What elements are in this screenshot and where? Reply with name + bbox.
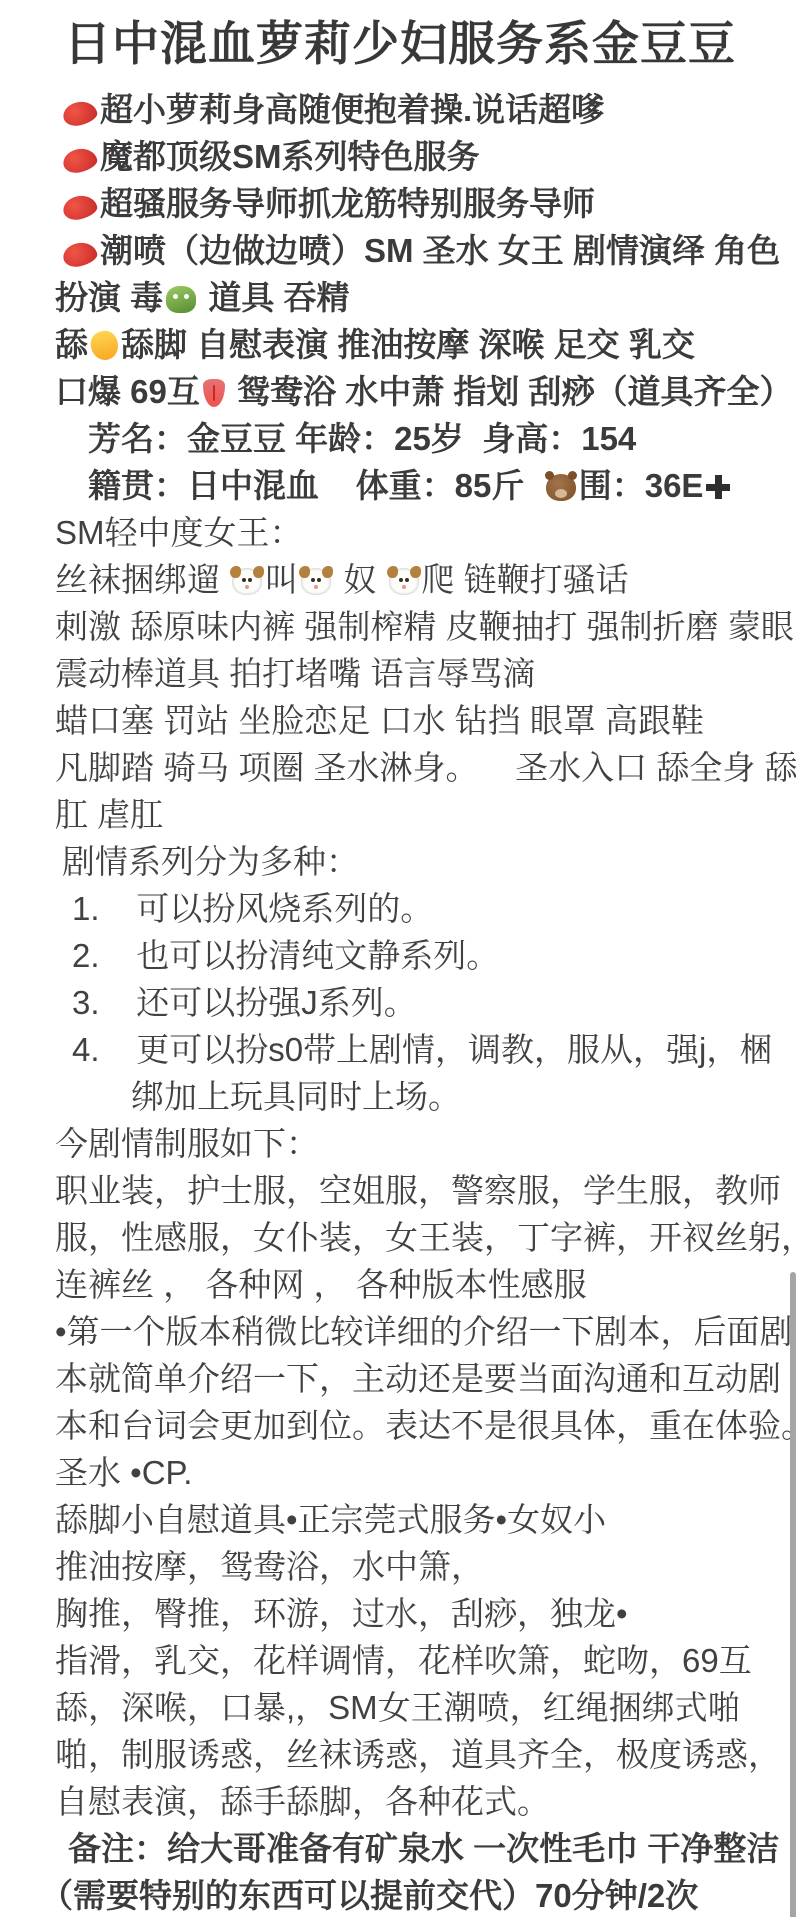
bear-emoji — [546, 474, 576, 501]
dog-emoji — [389, 568, 419, 595]
text-line: 籍贯：日中混血 体重：85斤 围：36E — [0, 462, 800, 509]
text-run: 围：36E — [579, 467, 704, 504]
text-run: 4. 更可以扮s0带上剧情，调教，服从，强j，梱 — [72, 1031, 772, 1068]
text-line: 1. 可以扮风烧系列的。 — [0, 885, 800, 932]
kiss-emoji — [61, 146, 99, 176]
text-run: 丝袜捆绑遛 — [55, 561, 229, 598]
plus-icon — [706, 475, 730, 499]
text-line: 剧情系列分为多种： — [0, 838, 800, 885]
text-run: 绑加上玩具同时上场。 — [131, 1078, 461, 1115]
text-line: 刺激 舔原味内裤 强制榨精 皮鞭抽打 强制折磨 蒙眼 — [0, 603, 800, 650]
text-run: 肛 虐肛 — [55, 796, 163, 833]
text-line: 指滑，乳交，花样调情，花样吹箫，蛇吻，69互 — [0, 1637, 800, 1684]
text-line: 芳名：金豆豆 年龄：25岁 身高：154 — [0, 415, 800, 462]
page-title: 日中混血萝莉少妇服务系金豆豆 — [0, 0, 800, 76]
text-line: 4. 更可以扮s0带上剧情，调教，服从，强j，梱 — [0, 1026, 800, 1073]
text-line: 备注：给大哥准备有矿泉水 一次性毛巾 干净整洁 — [0, 1825, 800, 1872]
text-line: 潮喷（边做边喷）SM 圣水 女王 剧情演绎 角色 — [0, 227, 800, 274]
tongue-emoji — [203, 379, 225, 407]
text-line: 本和台词会更加到位。表达不是很具体，重在体验。 — [0, 1402, 800, 1449]
waving-hand-emoji — [88, 328, 121, 363]
text-run: 鸳鸯浴 水中萧 指划 刮痧（道具齐全） — [228, 373, 793, 410]
dog-emoji — [301, 568, 331, 595]
text-run: 本就简单介绍一下，主动还是要当面沟通和互动剧 — [55, 1360, 781, 1397]
text-run: 3. 还可以扮强J系列。 — [72, 984, 417, 1021]
text-line: SM轻中度女王： — [0, 509, 800, 556]
kiss-emoji — [61, 99, 99, 129]
text-run: 超小萝莉身高随便抱着操.说话超嗲 — [100, 91, 604, 128]
text-run: 连裤丝 ， 各种网 ， 各种版本性感服 — [55, 1266, 587, 1303]
scrollbar-thumb[interactable] — [790, 1272, 796, 1917]
text-line: 3. 还可以扮强J系列。 — [0, 979, 800, 1026]
service-ad-page: 日中混血萝莉少妇服务系金豆豆 超小萝莉身高随便抱着操.说话超嗲魔都顶级SM系列特… — [0, 0, 800, 1917]
text-run: 推油按摩，鸳鸯浴，水中箫， — [55, 1548, 484, 1585]
text-run: 服，性感服，女仆装，女王装，丁字裤，开衩丝躬， — [55, 1219, 800, 1256]
text-line: 魔都顶级SM系列特色服务 — [0, 133, 800, 180]
text-run: 舔，深喉，口暴,，SM女王潮喷，红绳捆绑式啪 — [55, 1689, 741, 1726]
dragon-emoji — [166, 286, 196, 313]
text-run: 1. 可以扮风烧系列的。 — [72, 890, 433, 927]
text-run: 圣水 •CP. — [55, 1454, 192, 1491]
text-run: 舔 — [55, 326, 88, 363]
text-line: 圣水 •CP. — [0, 1449, 800, 1496]
text-line: 舔，深喉，口暴,，SM女王潮喷，红绳捆绑式啪 — [0, 1684, 800, 1731]
text-run: 舔脚小自慰道具•正宗莞式服务•女奴小 — [55, 1501, 606, 1538]
text-run: 啪，制服诱惑，丝袜诱惑，道具齐全，极度诱惑， — [55, 1736, 781, 1773]
text-line: 服，性感服，女仆装，女王装，丁字裤，开衩丝躬， — [0, 1214, 800, 1261]
text-line: 今剧情制服如下： — [0, 1120, 800, 1167]
text-line: 超小萝莉身高随便抱着操.说话超嗲 — [0, 86, 800, 133]
text-line: 舔舔脚 自慰表演 推油按摩 深喉 足交 乳交 — [0, 321, 800, 368]
text-run: 备注：给大哥准备有矿泉水 一次性毛巾 干净整洁 — [68, 1830, 779, 1867]
text-run: 道具 吞精 — [199, 279, 349, 316]
text-run: 刺激 舔原味内裤 强制榨精 皮鞭抽打 强制折磨 蒙眼 — [55, 608, 794, 645]
text-run: 奴 — [334, 561, 385, 598]
text-run: 指滑，乳交，花样调情，花样吹箫，蛇吻，69互 — [55, 1642, 752, 1679]
text-line: 蜡口塞 罚站 坐脸恋足 口水 钻挡 眼罩 高跟鞋 — [0, 697, 800, 744]
text-run: 口爆 69互 — [55, 373, 200, 410]
text-line: 绑加上玩具同时上场。 — [0, 1073, 800, 1120]
text-run: 胸推，臀推，环游，过水，刮痧，独龙• — [55, 1595, 628, 1632]
text-line: 震动棒道具 拍打堵嘴 语言辱骂滴 — [0, 650, 800, 697]
text-run: 魔都顶级SM系列特色服务 — [100, 138, 480, 175]
kiss-emoji — [61, 193, 99, 223]
text-line: 舔脚小自慰道具•正宗莞式服务•女奴小 — [0, 1496, 800, 1543]
text-run: •第一个版本稍微比较详细的介绍一下剧本，后面剧 — [55, 1313, 793, 1350]
text-run: 潮喷（边做边喷）SM 圣水 女王 剧情演绎 角色 — [100, 232, 780, 269]
text-line: 2. 也可以扮清纯文静系列。 — [0, 932, 800, 979]
text-line: 凡脚踏 骑马 项圈 圣水淋身。 圣水入口 舔全身 舔 — [0, 744, 800, 791]
text-run: 蜡口塞 罚站 坐脸恋足 口水 钻挡 眼罩 高跟鞋 — [55, 702, 704, 739]
text-run: 凡脚踏 骑马 项圈 圣水淋身。 圣水入口 舔全身 舔 — [55, 749, 798, 786]
dog-emoji — [232, 568, 262, 595]
text-line: 推油按摩，鸳鸯浴，水中箫， — [0, 1543, 800, 1590]
text-run: 2. 也可以扮清纯文静系列。 — [72, 937, 499, 974]
text-run: SM轻中度女王： — [55, 514, 303, 551]
text-run: 今剧情制服如下： — [55, 1125, 319, 1162]
text-line: 职业装，护士服，空姐服，警察服，学生服，教师 — [0, 1167, 800, 1214]
text-line: 超骚服务导师抓龙筋特别服务导师 — [0, 180, 800, 227]
text-line: 口爆 69互 鸳鸯浴 水中萧 指划 刮痧（道具齐全） — [0, 368, 800, 415]
text-line: 丝袜捆绑遛 叫 奴 爬 链鞭打骚话 — [0, 556, 800, 603]
kiss-emoji — [61, 240, 99, 270]
text-run: 爬 链鞭打骚话 — [422, 561, 629, 598]
text-line: 本就简单介绍一下，主动还是要当面沟通和互动剧 — [0, 1355, 800, 1402]
text-run: （需要特别的东西可以提前交代）70分钟/2次 — [40, 1877, 698, 1914]
text-run: 舔脚 自慰表演 推油按摩 深喉 足交 乳交 — [121, 326, 695, 363]
text-line: （需要特别的东西可以提前交代）70分钟/2次 — [0, 1872, 800, 1917]
text-line: 啪，制服诱惑，丝袜诱惑，道具齐全，极度诱惑， — [0, 1731, 800, 1778]
text-line: 肛 虐肛 — [0, 791, 800, 838]
text-run: 剧情系列分为多种： — [62, 843, 359, 880]
text-run: 叫 — [265, 561, 298, 598]
text-run: 籍贯：日中混血 体重：85斤 — [88, 467, 543, 504]
text-run: 本和台词会更加到位。表达不是很具体，重在体验。 — [55, 1407, 800, 1444]
text-line: 自慰表演，舔手舔脚，各种花式。 — [0, 1778, 800, 1825]
text-run: 芳名：金豆豆 年龄：25岁 身高：154 — [88, 420, 636, 457]
text-line: 连裤丝 ， 各种网 ， 各种版本性感服 — [0, 1261, 800, 1308]
text-line: 胸推，臀推，环游，过水，刮痧，独龙• — [0, 1590, 800, 1637]
text-run: 职业装，护士服，空姐服，警察服，学生服，教师 — [55, 1172, 781, 1209]
body-text: 超小萝莉身高随便抱着操.说话超嗲魔都顶级SM系列特色服务超骚服务导师抓龙筋特别服… — [0, 86, 800, 1917]
text-run: 超骚服务导师抓龙筋特别服务导师 — [100, 185, 595, 222]
text-run: 自慰表演，舔手舔脚，各种花式。 — [55, 1783, 550, 1820]
text-run: 震动棒道具 拍打堵嘴 语言辱骂滴 — [55, 655, 535, 692]
text-line: •第一个版本稍微比较详细的介绍一下剧本，后面剧 — [0, 1308, 800, 1355]
text-line: 扮演 毒 道具 吞精 — [0, 274, 800, 321]
text-run: 扮演 毒 — [55, 279, 163, 316]
